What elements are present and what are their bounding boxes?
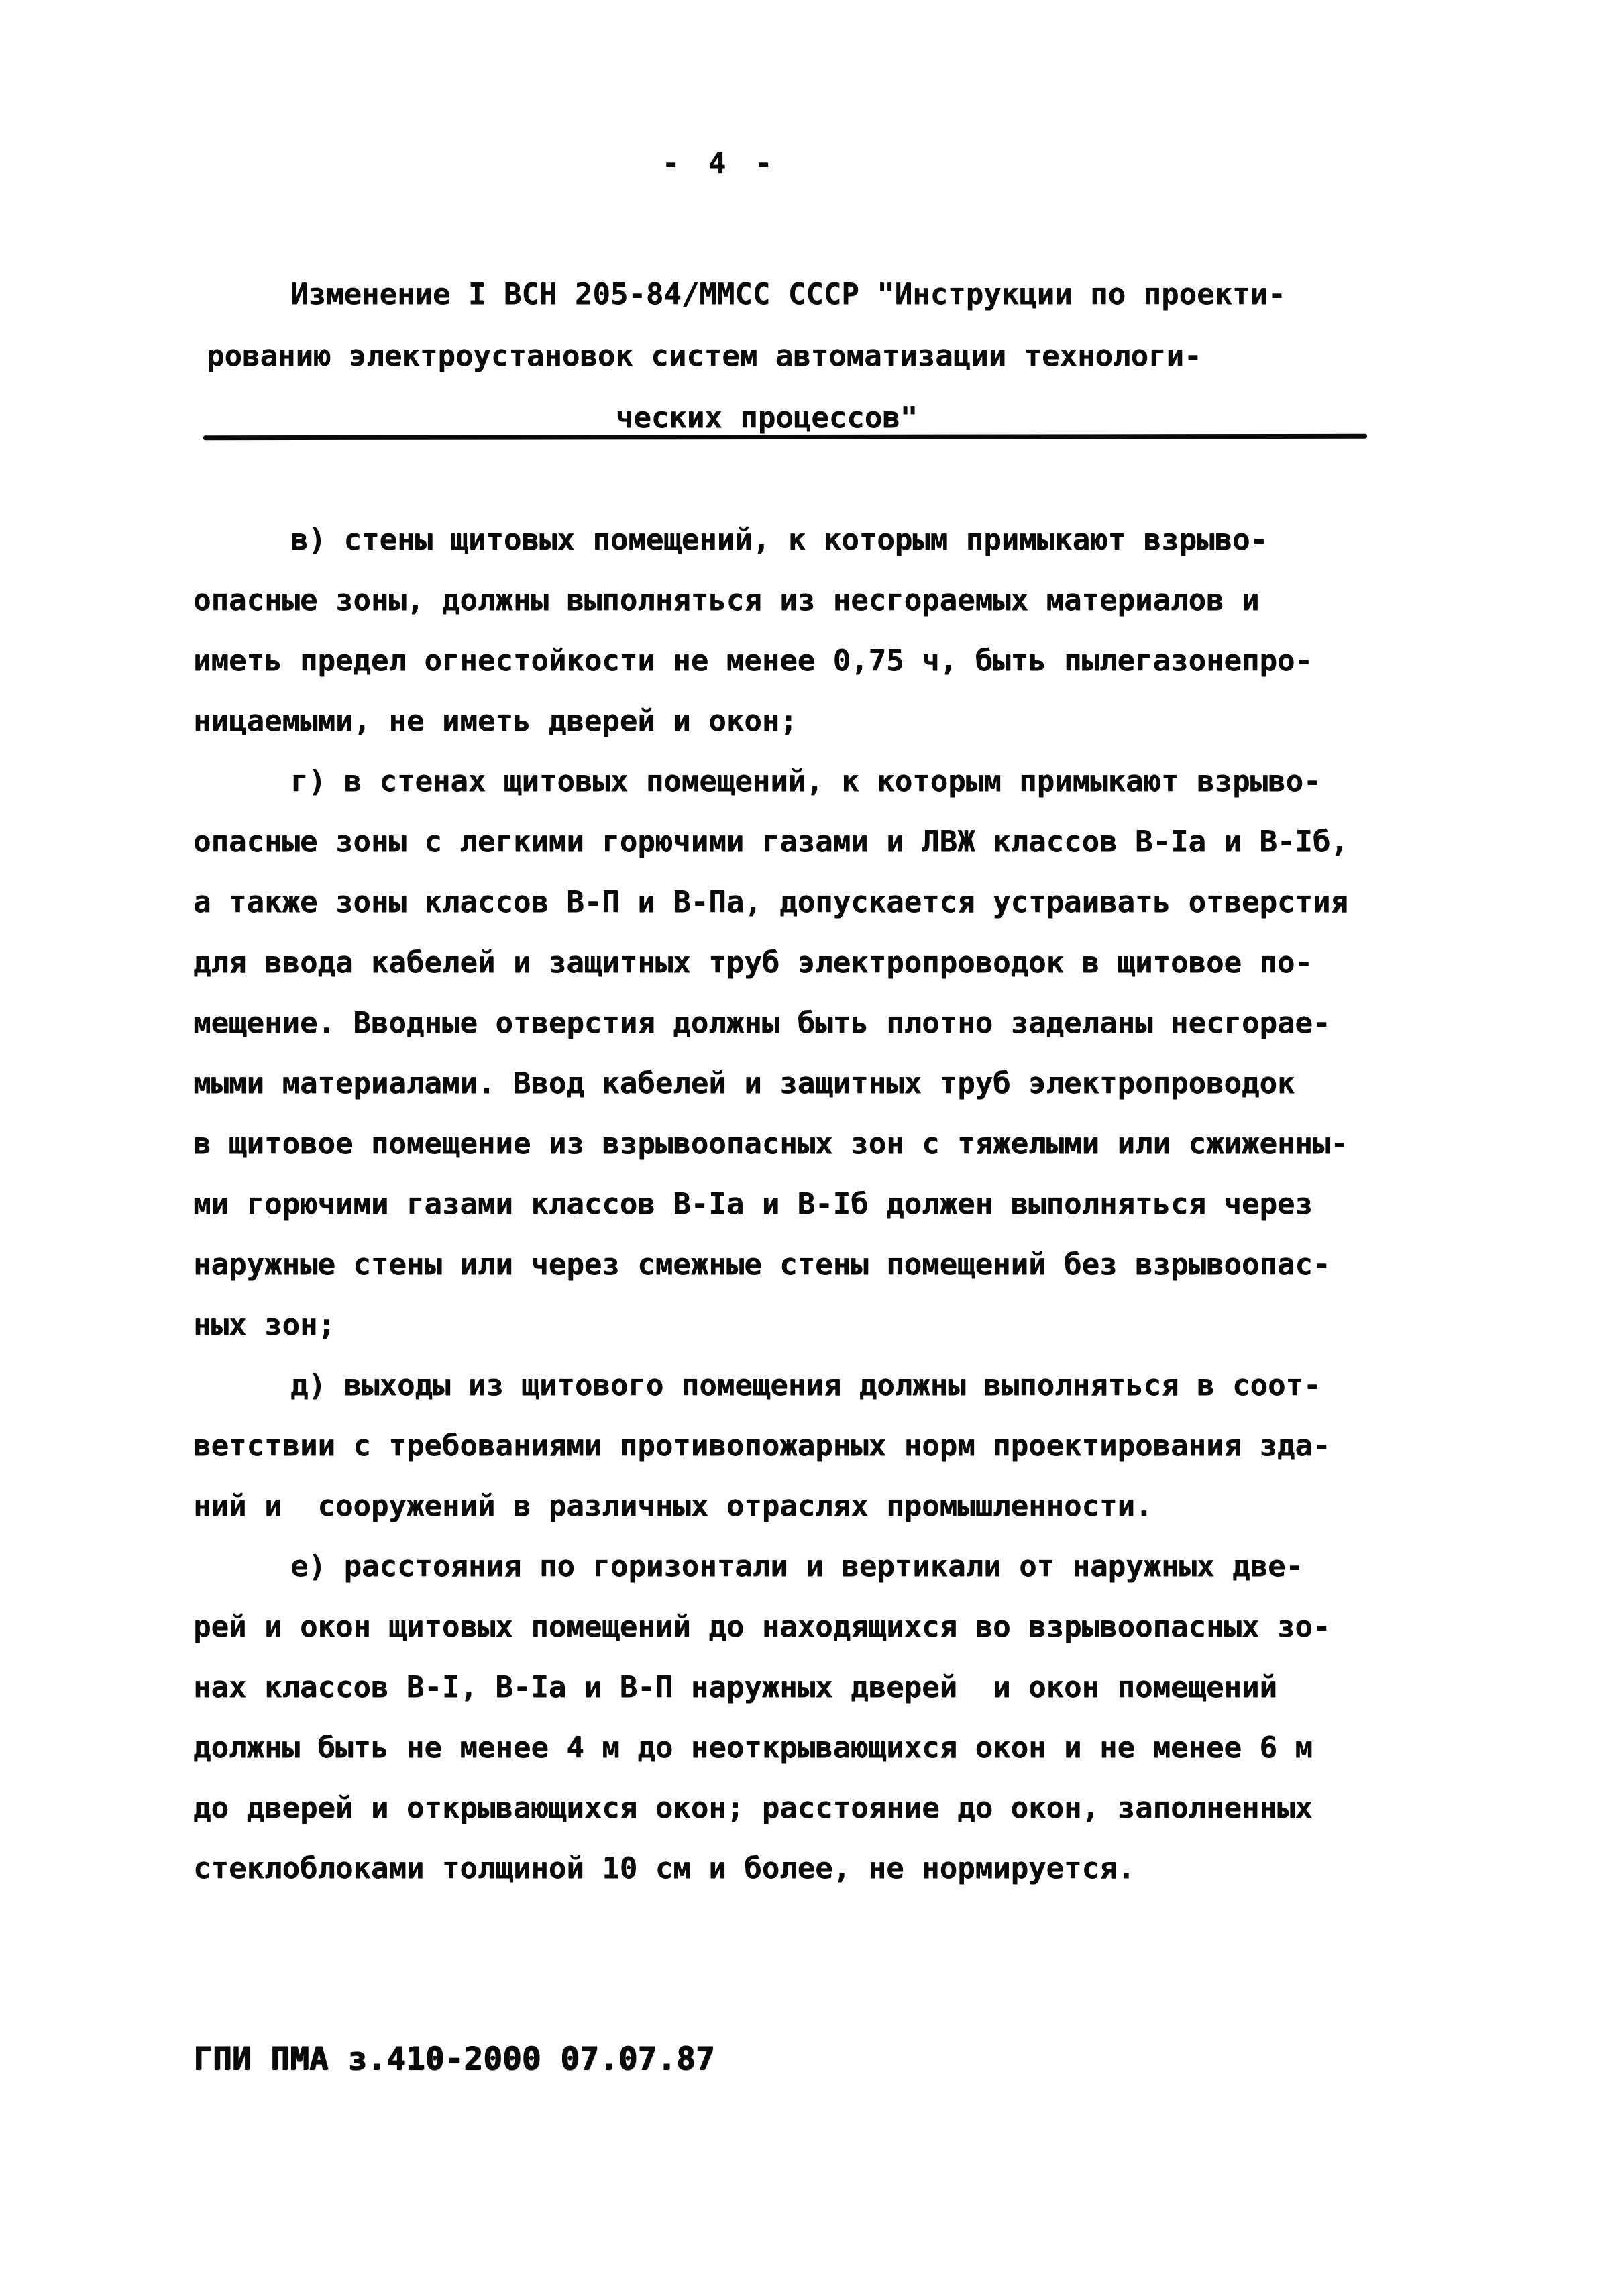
page-number: - 4 - <box>586 144 854 184</box>
text-line: до дверей и открывающихся окон; расстоян… <box>193 1778 1407 1839</box>
text-line: ми горючими газами классов В-Iа и В-Iб д… <box>193 1174 1407 1235</box>
text-line: ницаемыми, не иметь дверей и окон; <box>193 691 1407 752</box>
text-line: рей и окон щитовых помещений до находящи… <box>193 1597 1407 1657</box>
text-line: для ввода кабелей и защитных труб электр… <box>193 933 1407 993</box>
text-line: е) расстояния по горизонтали и вертикали… <box>193 1537 1407 1597</box>
text-line: в) стены щитовых помещений, к которым пр… <box>193 510 1407 570</box>
text-line: а также зоны классов В-П и В-Па, допуска… <box>193 872 1407 933</box>
footer-stamp: ГПИ ПМА з.410-2000 07.07.87 <box>193 2038 715 2080</box>
text-line: ветствии с требованиями противопожарных … <box>193 1416 1407 1476</box>
text-line: ний и сооружений в различных отраслях пр… <box>193 1476 1407 1537</box>
text-line: рованию электроустановок систем автомати… <box>207 325 1327 387</box>
document-page: - 4 - Изменение I ВСН 205-84/ММСС СССР "… <box>0 0 1624 2276</box>
text-line: опасные зоны, должны выполняться из несг… <box>193 570 1407 631</box>
text-line: нах классов В-I, В-Iа и В-П наружных две… <box>193 1657 1407 1718</box>
document-title: Изменение I ВСН 205-84/ММСС СССР "Инстру… <box>207 264 1327 449</box>
text-line: опасные зоны с легкими горючими газами и… <box>193 812 1407 872</box>
text-line: д) выходы из щитового помещения должны в… <box>193 1355 1407 1416</box>
text-line: стеклоблоками толщиной 10 см и более, не… <box>193 1839 1407 1899</box>
text-line: мыми материалами. Ввод кабелей и защитны… <box>193 1053 1407 1114</box>
text-line: должны быть не менее 4 м до неоткрывающи… <box>193 1718 1407 1778</box>
text-line: иметь предел огнестойкости не менее 0,75… <box>193 631 1407 691</box>
text-line: наружные стены или через смежные стены п… <box>193 1235 1407 1295</box>
text-line: г) в стенах щитовых помещений, к которым… <box>193 752 1407 812</box>
body-text: в) стены щитовых помещений, к которым пр… <box>193 510 1407 1899</box>
text-line: Изменение I ВСН 205-84/ММСС СССР "Инстру… <box>207 264 1327 325</box>
text-line: мещение. Вводные отверстия должны быть п… <box>193 993 1407 1053</box>
text-line: ных зон; <box>193 1295 1407 1355</box>
text-line: в щитовое помещение из взрывоопасных зон… <box>193 1114 1407 1174</box>
